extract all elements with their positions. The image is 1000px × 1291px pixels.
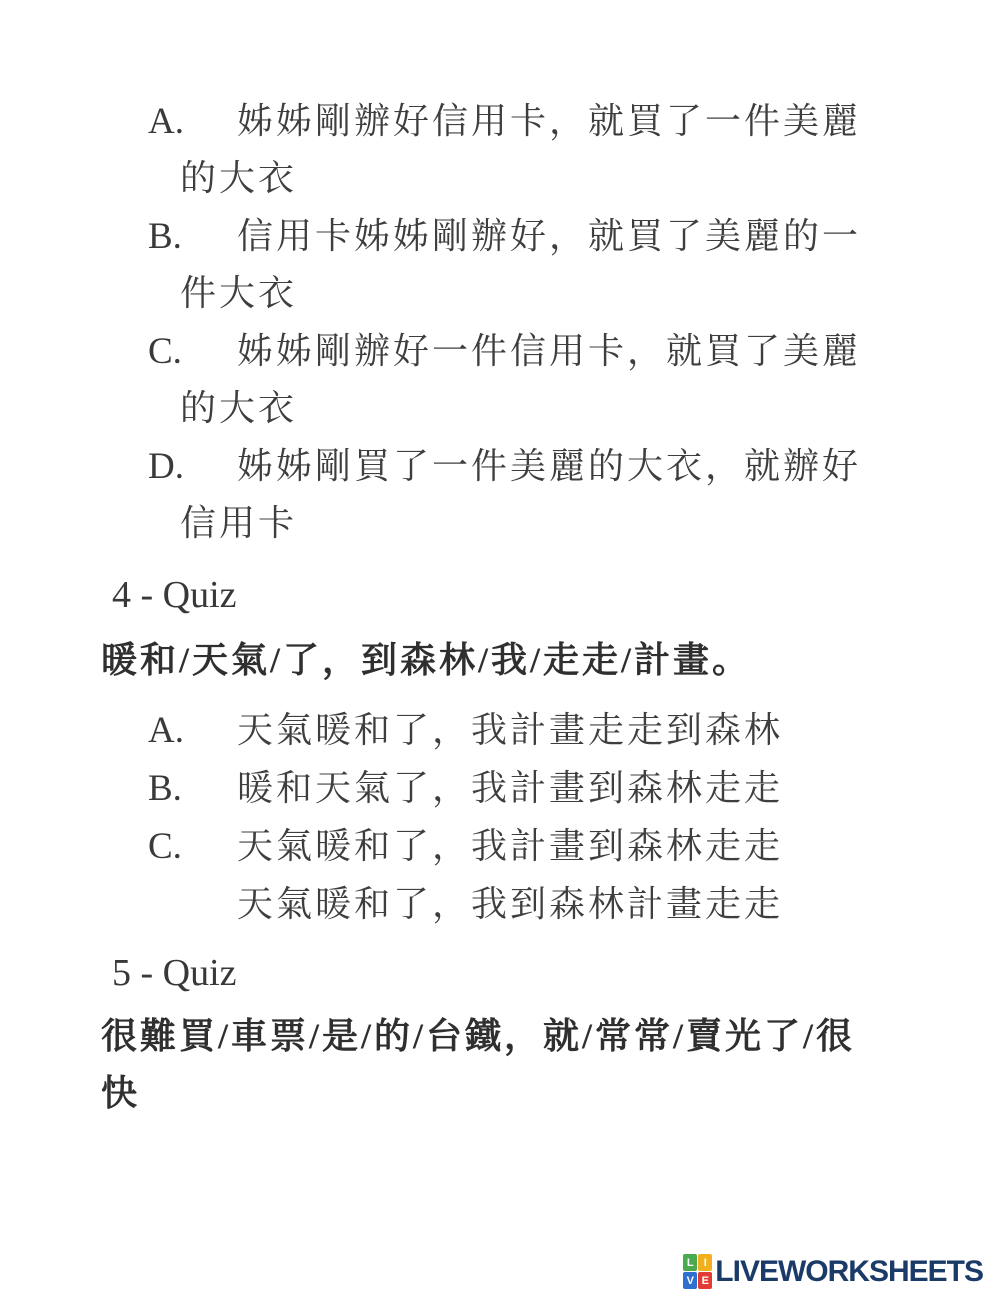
logo-tile-i: I (698, 1254, 712, 1271)
logo-tile-l: L (683, 1254, 697, 1271)
option-text: 姊姊剛買了一件美麗的大衣，就辦好信用卡 (180, 446, 861, 543)
logo-tile-e: E (698, 1272, 712, 1289)
quiz4-option-d[interactable]: 天氣暖和了，我到森林計畫走走 (180, 876, 882, 933)
quiz4-options: A.天氣暖和了，我計畫走走到森林 B.暖和天氣了，我計畫到森林走走 C.天氣暖和… (101, 702, 882, 933)
option-letter: A. (148, 93, 184, 150)
option-text: 姊姊剛辦好一件信用卡，就買了美麗的大衣 (180, 331, 861, 428)
quiz4-option-c[interactable]: C.天氣暖和了，我計畫到森林走走 (180, 818, 882, 875)
option-letter: B. (148, 760, 182, 817)
quiz3-option-b[interactable]: B.信用卡姊姊剛辦好，就買了美麗的一件大衣 (180, 208, 882, 322)
option-letter: A. (148, 702, 184, 759)
liveworksheets-wordmark: LIVEWORKSHEETS (715, 1255, 983, 1289)
quiz4-heading: 4 - Quiz (112, 570, 882, 620)
quiz3-options: A.姊姊剛辦好信用卡，就買了一件美麗的大衣 B.信用卡姊姊剛辦好，就買了美麗的一… (101, 93, 882, 552)
logo-tile-v: V (683, 1272, 697, 1289)
quiz3-option-a[interactable]: A.姊姊剛辦好信用卡，就買了一件美麗的大衣 (180, 93, 882, 207)
option-letter: C. (148, 818, 182, 875)
quiz3-option-c[interactable]: C.姊姊剛辦好一件信用卡，就買了美麗的大衣 (180, 323, 882, 437)
option-text: 天氣暖和了，我計畫到森林走走 (237, 826, 783, 866)
quiz5-question: 很難買/車票/是/的/台鐵，就/常常/賣光了/很快 (101, 1008, 882, 1122)
option-letter: D. (148, 438, 184, 495)
option-text: 信用卡姊姊剛辦好，就買了美麗的一件大衣 (180, 216, 861, 313)
option-text: 姊姊剛辦好信用卡，就買了一件美麗的大衣 (180, 101, 861, 198)
liveworksheets-logo-icon: L I V E (683, 1254, 712, 1289)
worksheet-page: A.姊姊剛辦好信用卡，就買了一件美麗的大衣 B.信用卡姊姊剛辦好，就買了美麗的一… (0, 0, 1000, 1291)
worksheet-content: A.姊姊剛辦好信用卡，就買了一件美麗的大衣 B.信用卡姊姊剛辦好，就買了美麗的一… (0, 0, 1000, 1122)
option-letter: B. (148, 208, 182, 265)
liveworksheets-logo[interactable]: L I V E LIVEWORKSHEETS (683, 1254, 983, 1289)
quiz3-option-d[interactable]: D.姊姊剛買了一件美麗的大衣，就辦好信用卡 (180, 438, 882, 552)
quiz4-question: 暖和/天氣/了，到森林/我/走走/計畫。 (101, 632, 882, 689)
option-text: 暖和天氣了，我計畫到森林走走 (237, 768, 783, 808)
quiz5-heading: 5 - Quiz (112, 948, 882, 998)
option-text: 天氣暖和了，我計畫走走到森林 (237, 710, 783, 750)
option-text: 天氣暖和了，我到森林計畫走走 (237, 884, 783, 924)
quiz4-option-a[interactable]: A.天氣暖和了，我計畫走走到森林 (180, 702, 882, 759)
quiz4-option-b[interactable]: B.暖和天氣了，我計畫到森林走走 (180, 760, 882, 817)
option-letter: C. (148, 323, 182, 380)
